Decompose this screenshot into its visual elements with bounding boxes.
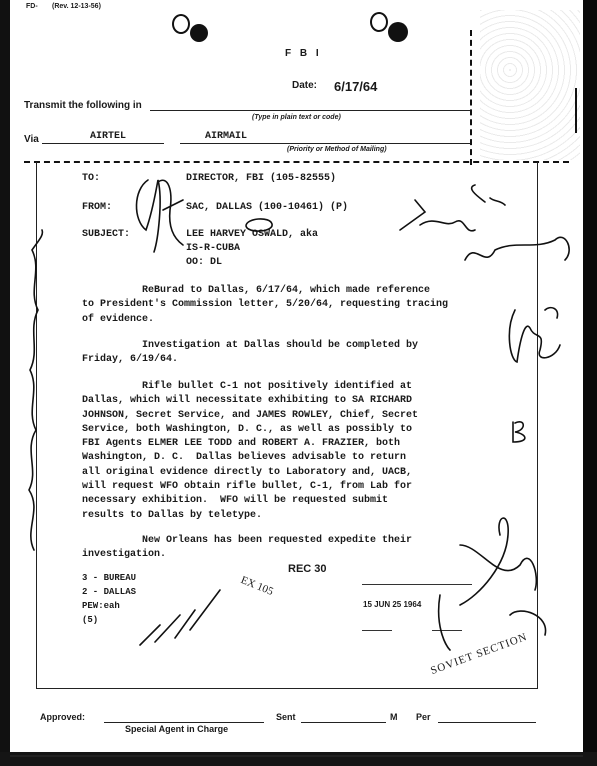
approved-label: Approved: xyxy=(40,712,85,722)
body-paragraph: ReBurad to Dallas, 6/17/64, which made r… xyxy=(82,284,527,327)
per-label: Per xyxy=(416,712,431,722)
handwritten-circle-icon xyxy=(240,214,280,236)
rec-stamp: REC 30 xyxy=(288,563,327,575)
sac-label: Special Agent in Charge xyxy=(125,724,228,734)
via-field xyxy=(42,143,164,144)
transmit-label: Transmit the following in xyxy=(24,100,142,111)
subject-line: IS-R-CUBA xyxy=(186,243,240,254)
sent-label: Sent xyxy=(276,712,296,722)
distribution-line: 3 - BUREAU xyxy=(82,572,136,586)
subject-label: SUBJECT: xyxy=(82,229,130,240)
subject-line: OO: DL xyxy=(186,257,222,268)
scan-noise xyxy=(480,10,580,160)
scan-border-right xyxy=(583,0,597,766)
scan-border-left xyxy=(0,0,10,766)
date-label: Date: xyxy=(292,80,317,91)
handwritten-margin-note-icon xyxy=(14,230,54,560)
handwritten-signature-icon xyxy=(395,180,585,280)
from-value: SAC, DALLAS (100-10461) (P) xyxy=(186,202,348,213)
m-label: M xyxy=(390,712,398,722)
handwritten-initials-icon xyxy=(505,300,565,375)
handwritten-initials-icon xyxy=(128,170,188,260)
bottom-rule xyxy=(10,755,583,757)
date-value: 6/17/64 xyxy=(334,79,377,94)
body-paragraph: Rifle bullet C-1 not positively identifi… xyxy=(82,380,527,523)
per-field xyxy=(438,722,536,723)
tear-line-vertical xyxy=(470,30,472,165)
handwritten-serial-icon xyxy=(420,505,560,655)
body-paragraph: Investigation at Dallas should be comple… xyxy=(82,339,527,368)
form-number: FD- xyxy=(26,3,38,10)
punch-hole-icon xyxy=(172,14,190,34)
punch-hole-icon xyxy=(388,22,408,42)
distribution-line: (5) xyxy=(82,614,98,628)
approved-field xyxy=(104,722,264,723)
method-field xyxy=(180,143,470,144)
distribution-line: 2 - DALLAS xyxy=(82,586,136,600)
handwritten-mark-icon xyxy=(505,418,535,448)
punch-hole-icon xyxy=(370,12,388,32)
to-value: DIRECTOR, FBI (105-82555) xyxy=(186,173,336,184)
method-hint: (Priority or Method of Mailing) xyxy=(287,146,387,153)
stamp-rule xyxy=(362,630,392,631)
method-value: AIRMAIL xyxy=(205,131,247,142)
handwritten-note-icon xyxy=(135,580,235,650)
distribution-line: PEW:eah xyxy=(82,600,120,614)
transmit-field xyxy=(150,110,470,111)
from-label: FROM: xyxy=(82,202,112,213)
via-value: AIRTEL xyxy=(90,131,126,142)
agency-title: F B I xyxy=(285,48,322,59)
received-date-stamp: 15 JUN 25 1964 xyxy=(363,600,421,609)
transmit-hint: (Type in plain text or code) xyxy=(252,114,341,121)
side-mark xyxy=(575,88,577,133)
sent-field xyxy=(301,722,386,723)
punch-hole-icon xyxy=(190,24,208,42)
to-label: TO: xyxy=(82,173,100,184)
form-revision: (Rev. 12-13-56) xyxy=(52,3,101,10)
via-label: Via xyxy=(24,134,39,145)
